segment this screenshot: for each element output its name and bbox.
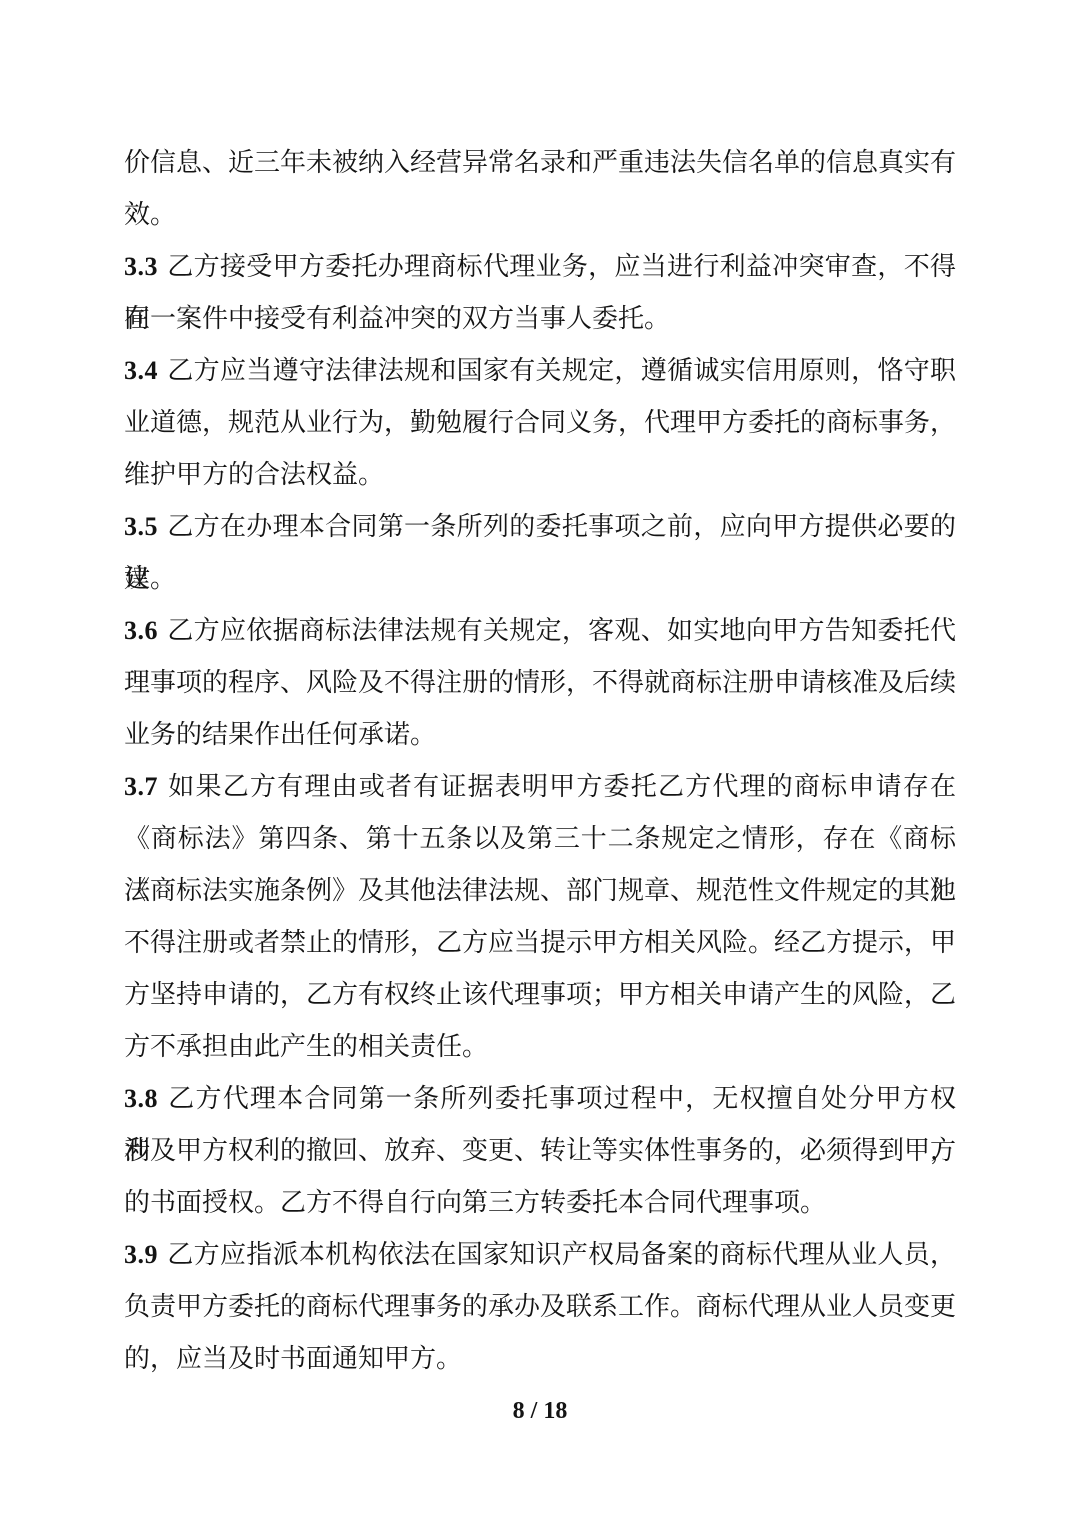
clause-text: 方不承担由此产生的相关责任。 xyxy=(124,1032,488,1061)
clause-3.6: 3.6乙方应依据商标法律法规有关规定，客观、如实地向甲方告知委托代理事项的程序、… xyxy=(124,605,956,761)
text-line: 3.7如果乙方有理由或者有证据表明甲方委托乙方代理的商标申请存在 xyxy=(124,761,956,813)
text-line: 效。 xyxy=(124,189,956,241)
clause-number: 3.8 xyxy=(124,1084,158,1113)
clause-text: 效。 xyxy=(124,200,176,229)
clause-3.4: 3.4乙方应当遵守法律法规和国家有关规定，遵循诚实信用原则，恪守职业道德，规范从… xyxy=(124,345,956,501)
text-line: 3.5乙方在办理本合同第一条所列的委托事项之前，应向甲方提供必要的建 xyxy=(124,501,956,553)
text-line: 3.9乙方应指派本机构依法在国家知识产权局备案的商标代理从业人员， xyxy=(124,1229,956,1281)
clause-text: 的书面授权。乙方不得自行向第三方转委托本合同代理事项。 xyxy=(124,1188,826,1217)
clause-text: 理事项的程序、风险及不得注册的情形，不得就商标注册申请核准及后续 xyxy=(124,668,956,697)
clause-text: 维护甲方的合法权益。 xyxy=(124,460,384,489)
page-number: 8 / 18 xyxy=(0,1398,1080,1425)
clause-number: 3.9 xyxy=(124,1240,158,1269)
clause-text: 《商标法实施条例》及其他法律法规、部门规章、规范性文件规定的其他 xyxy=(124,876,956,905)
clause-text: 乙方应依据商标法律法规有关规定，客观、如实地向甲方告知委托代 xyxy=(167,616,956,645)
clause-text: 业务的结果作出任何承诺。 xyxy=(124,720,436,749)
clause-number: 3.4 xyxy=(124,356,158,385)
text-line: 价信息、近三年未被纳入经营异常名录和严重违法失信名单的信息真实有 xyxy=(124,137,956,189)
clause-3.9: 3.9乙方应指派本机构依法在国家知识产权局备案的商标代理从业人员，负责甲方委托的… xyxy=(124,1229,956,1385)
document-body: 价信息、近三年未被纳入经营异常名录和严重违法失信名单的信息真实有效。3.3乙方接… xyxy=(124,137,956,1385)
clause-text: 同一案件中接受有利益冲突的双方当事人委托。 xyxy=(124,304,670,333)
clause-text: 方坚持申请的，乙方有权终止该代理事项；甲方相关申请产生的风险，乙 xyxy=(124,980,956,1009)
clause-3.8: 3.8乙方代理本合同第一条所列委托事项过程中，无权擅自处分甲方权利，涉及甲方权利… xyxy=(124,1073,956,1229)
text-line: 方坚持申请的，乙方有权终止该代理事项；甲方相关申请产生的风险，乙 xyxy=(124,969,956,1021)
clause-text: 业道德，规范从业行为，勤勉履行合同义务，代理甲方委托的商标事务， xyxy=(124,408,956,437)
text-line: 维护甲方的合法权益。 xyxy=(124,449,956,501)
text-line: 不得注册或者禁止的情形，乙方应当提示甲方相关风险。经乙方提示，甲 xyxy=(124,917,956,969)
clause-text: 的，应当及时书面通知甲方。 xyxy=(124,1344,462,1373)
text-line: 3.4乙方应当遵守法律法规和国家有关规定，遵循诚实信用原则，恪守职 xyxy=(124,345,956,397)
continuation-paragraph: 价信息、近三年未被纳入经营异常名录和严重违法失信名单的信息真实有效。 xyxy=(124,137,956,241)
clause-3.5: 3.5乙方在办理本合同第一条所列的委托事项之前，应向甲方提供必要的建议。 xyxy=(124,501,956,605)
clause-number: 3.3 xyxy=(124,252,158,281)
clause-text: 不得注册或者禁止的情形，乙方应当提示甲方相关风险。经乙方提示，甲 xyxy=(124,928,956,957)
clause-3.7: 3.7如果乙方有理由或者有证据表明甲方委托乙方代理的商标申请存在《商标法》第四条… xyxy=(124,761,956,1073)
text-line: 的，应当及时书面通知甲方。 xyxy=(124,1333,956,1385)
text-line: 方不承担由此产生的相关责任。 xyxy=(124,1021,956,1073)
clause-text: 负责甲方委托的商标代理事务的承办及联系工作。商标代理从业人员变更 xyxy=(124,1292,956,1321)
clause-3.3: 3.3乙方接受甲方委托办理商标代理业务，应当进行利益冲突审查，不得在同一案件中接… xyxy=(124,241,956,345)
text-line: 议。 xyxy=(124,553,956,605)
text-line: 业务的结果作出任何承诺。 xyxy=(124,709,956,761)
clause-number: 3.6 xyxy=(124,616,158,645)
text-line: 《商标法》第四条、第十五条以及第三十二条规定之情形，存在《商标法》 xyxy=(124,813,956,865)
clause-text: 乙方应指派本机构依法在国家知识产权局备案的商标代理从业人员， xyxy=(167,1240,956,1269)
clause-number: 3.5 xyxy=(124,512,158,541)
text-line: 负责甲方委托的商标代理事务的承办及联系工作。商标代理从业人员变更 xyxy=(124,1281,956,1333)
text-line: 业道德，规范从业行为，勤勉履行合同义务，代理甲方委托的商标事务， xyxy=(124,397,956,449)
text-line: 的书面授权。乙方不得自行向第三方转委托本合同代理事项。 xyxy=(124,1177,956,1229)
text-line: 理事项的程序、风险及不得注册的情形，不得就商标注册申请核准及后续 xyxy=(124,657,956,709)
clause-text: 乙方应当遵守法律法规和国家有关规定，遵循诚实信用原则，恪守职 xyxy=(167,356,956,385)
clause-text: 议。 xyxy=(124,564,176,593)
text-line: 3.6乙方应依据商标法律法规有关规定，客观、如实地向甲方告知委托代 xyxy=(124,605,956,657)
clause-text: 如果乙方有理由或者有证据表明甲方委托乙方代理的商标申请存在 xyxy=(167,772,956,801)
text-line: 涉及甲方权利的撤回、放弃、变更、转让等实体性事务的，必须得到甲方 xyxy=(124,1125,956,1177)
text-line: 3.8乙方代理本合同第一条所列委托事项过程中，无权擅自处分甲方权利， xyxy=(124,1073,956,1125)
clause-number: 3.7 xyxy=(124,772,158,801)
clause-text: 价信息、近三年未被纳入经营异常名录和严重违法失信名单的信息真实有 xyxy=(124,148,956,177)
text-line: 《商标法实施条例》及其他法律法规、部门规章、规范性文件规定的其他 xyxy=(124,865,956,917)
clause-text: 涉及甲方权利的撤回、放弃、变更、转让等实体性事务的，必须得到甲方 xyxy=(124,1136,956,1165)
text-line: 同一案件中接受有利益冲突的双方当事人委托。 xyxy=(124,293,956,345)
text-line: 3.3乙方接受甲方委托办理商标代理业务，应当进行利益冲突审查，不得在 xyxy=(124,241,956,293)
